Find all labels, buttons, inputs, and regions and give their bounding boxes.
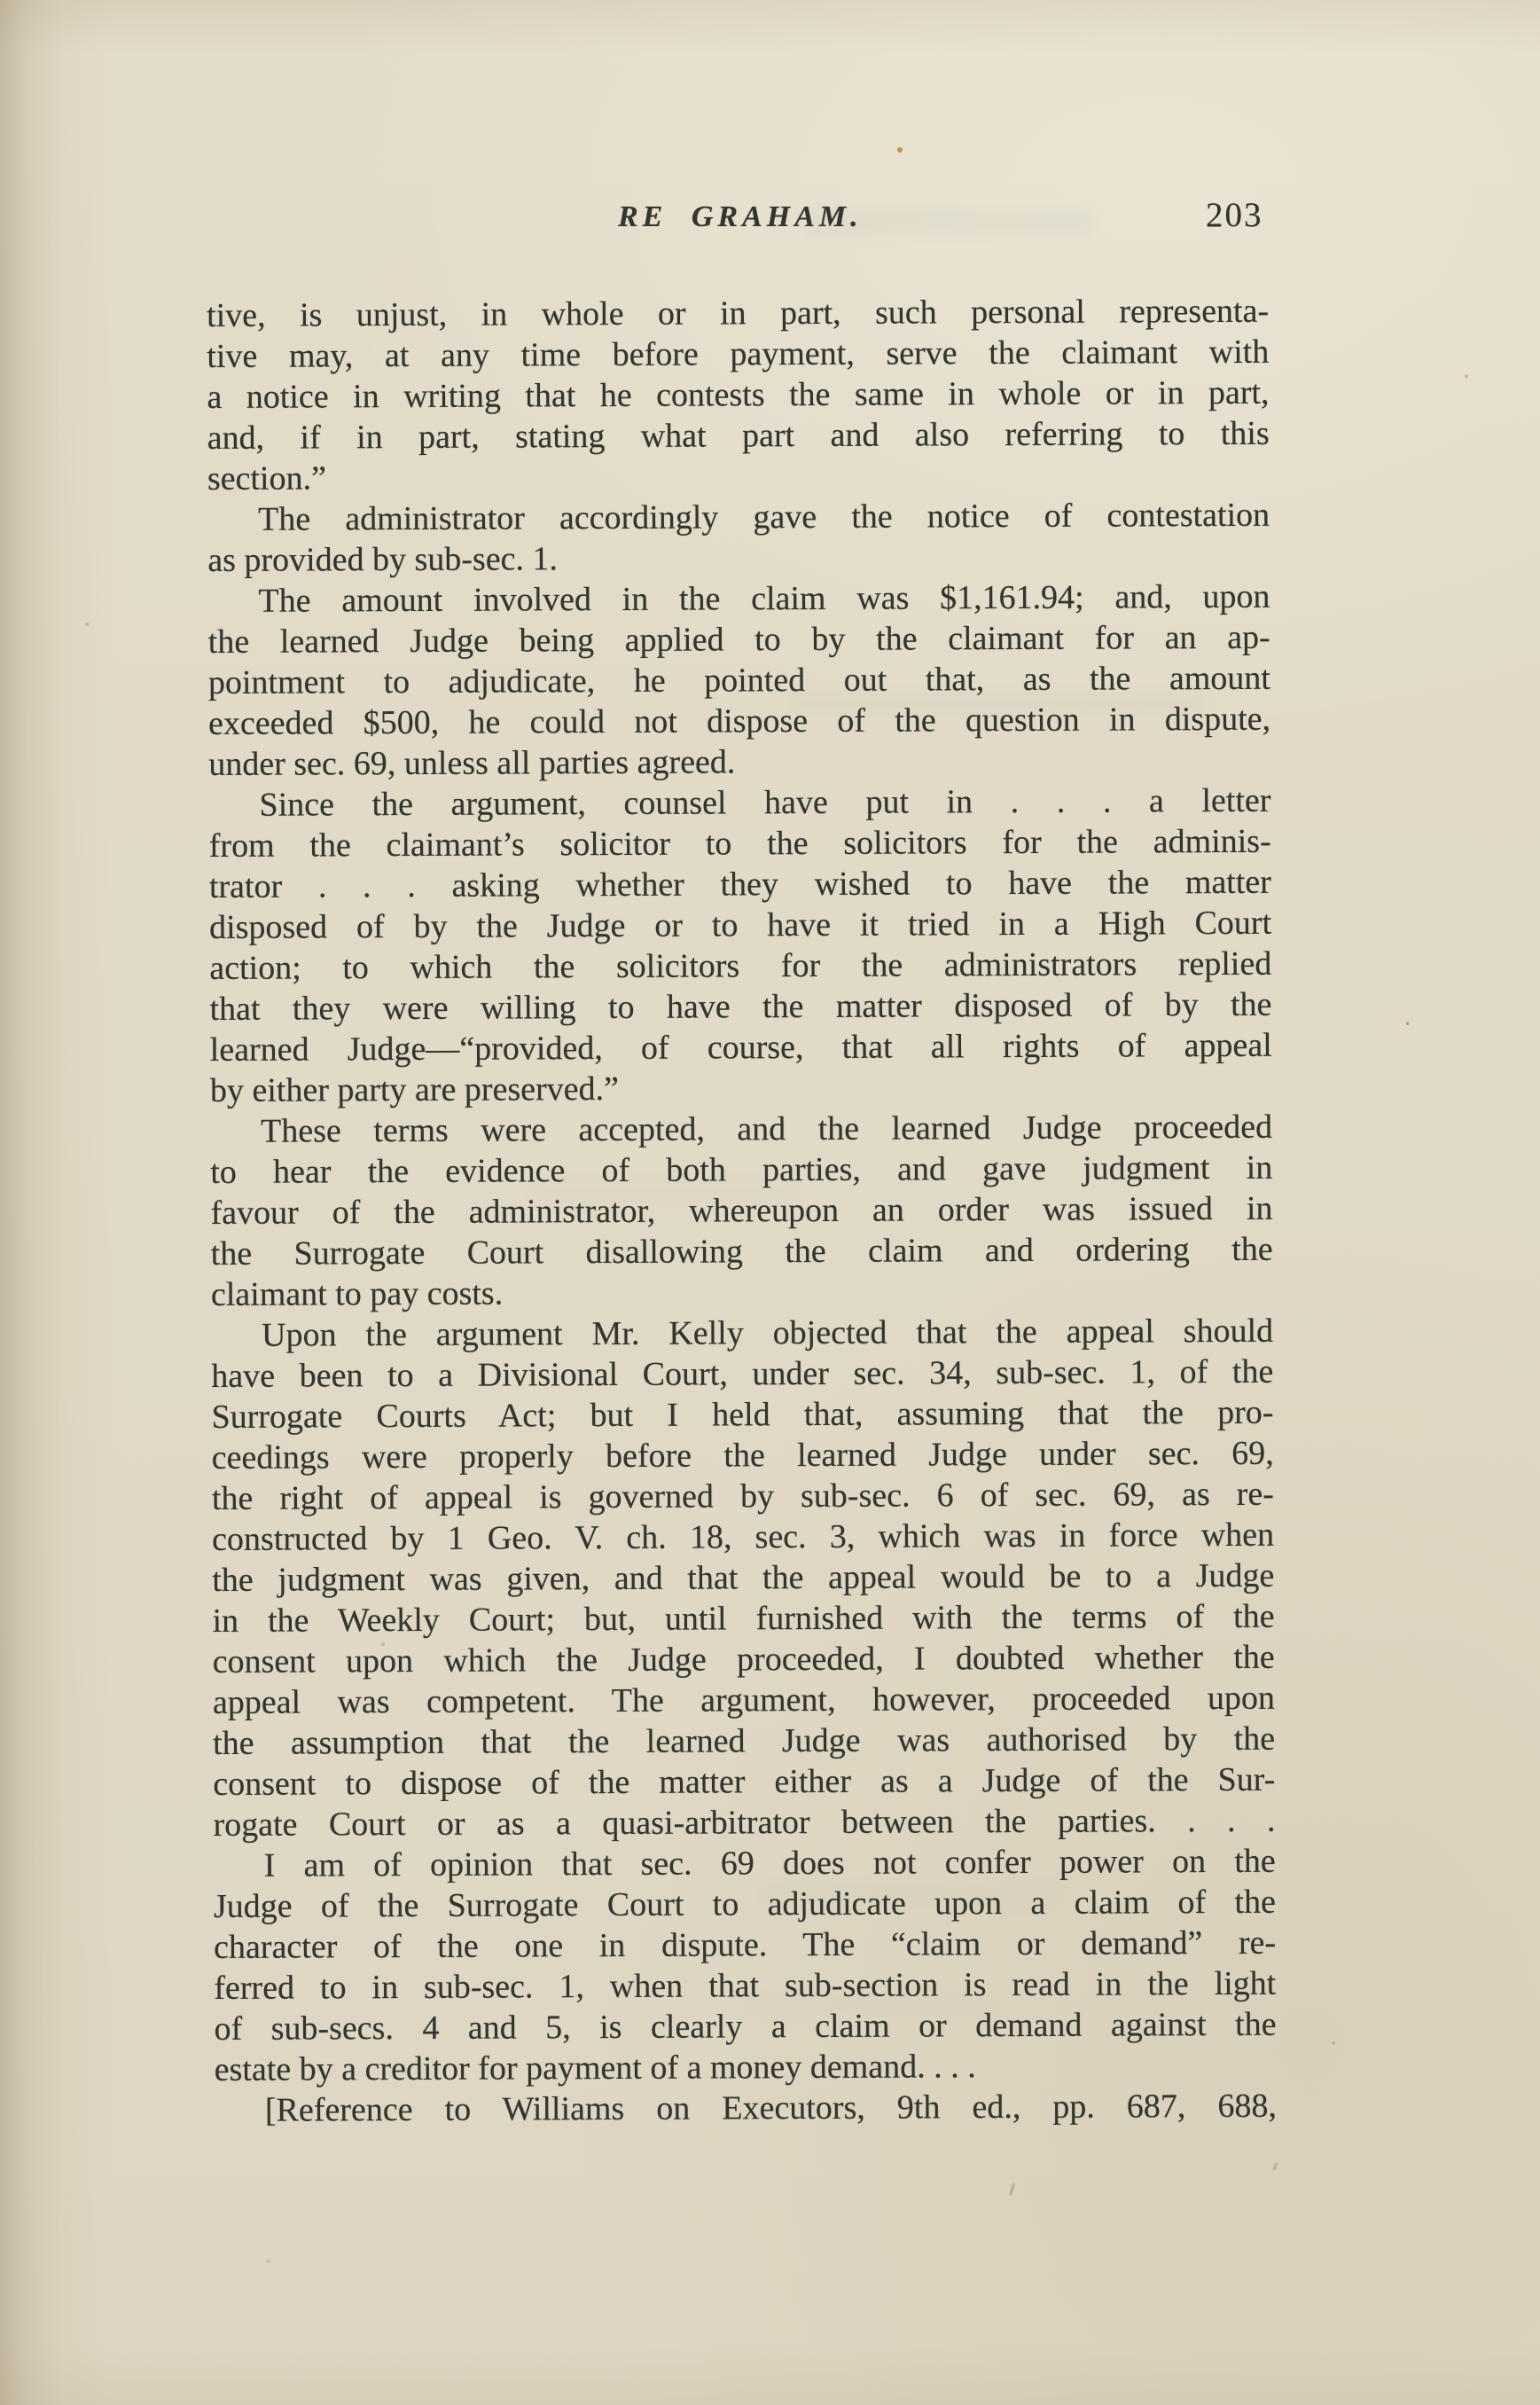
text-line: ceedings were properly before the learne… — [212, 1433, 1274, 1478]
text-line: Surrogate Courts Act; but I held that, a… — [211, 1392, 1273, 1438]
text-line: [Reference to Williams on Executors, 9th… — [215, 2086, 1277, 2131]
text-line: consent to dispose of the matter either … — [213, 1759, 1275, 1805]
text-line: The administrator accordingly gave the n… — [207, 495, 1270, 540]
paragraph: These terms were accepted, and the learn… — [210, 1107, 1273, 1315]
text-line: These terms were accepted, and the learn… — [210, 1107, 1272, 1152]
text-line: character of the one in dispute. The “cl… — [214, 1923, 1276, 1968]
running-header: RE GRAHAM. — [618, 200, 863, 234]
text-line: the judgment was given, and that the app… — [212, 1555, 1274, 1601]
paper-speck — [85, 623, 89, 626]
text-line: appeal was competent. The argument, howe… — [213, 1678, 1275, 1723]
text-line: that they were willing to have the matte… — [209, 984, 1271, 1030]
text-line: a notice in writing that he contests the… — [207, 372, 1269, 418]
text-line: to hear the evidence of both parties, an… — [210, 1148, 1272, 1193]
paper-fiber — [1272, 2162, 1278, 2171]
text-line: learned Judge—“provided, of course, that… — [210, 1025, 1272, 1070]
text-line: tive may, at any time before payment, se… — [207, 332, 1269, 377]
text-line: and, if in part, stating what part and a… — [207, 413, 1270, 458]
text-line: section.” — [207, 454, 1270, 499]
text-line: the learned Judge being applied to by th… — [208, 617, 1270, 662]
text-line: the right of appeal is governed by sub-s… — [212, 1474, 1274, 1519]
text-line: the Surrogate Court disallowing the clai… — [211, 1229, 1273, 1274]
text-line: constructed by 1 Geo. V. ch. 18, sec. 3,… — [212, 1515, 1274, 1560]
text-line: ferred to in sub-sec. 1, when that sub-s… — [214, 1963, 1276, 2009]
paragraph: The amount involved in the claim was $1,… — [207, 576, 1270, 785]
paragraph: tive, is unjust, in whole or in part, su… — [207, 291, 1270, 499]
paper-speck — [266, 2260, 270, 2263]
text-line: trator . . . asking whether they wished … — [209, 862, 1271, 907]
text-line: disposed of by the Judge or to have it t… — [209, 903, 1271, 948]
paper-speck — [1406, 1022, 1409, 1025]
paper-speck — [897, 147, 903, 153]
text-line: by either party are preserved.” — [210, 1066, 1272, 1111]
text-line: favour of the administrator, whereupon a… — [210, 1188, 1272, 1234]
text-line: exceeded $500, he could not dispose of t… — [208, 699, 1270, 744]
page-number: 203 — [1206, 195, 1263, 235]
text-line: action; to which the solicitors for the … — [209, 944, 1271, 989]
text-line: pointment to adjudicate, he pointed out … — [208, 658, 1270, 703]
text-line: rogate Court or as a quasi-arbitrator be… — [213, 1800, 1275, 1845]
paragraph: Since the argument, counsel have put in … — [208, 780, 1272, 1111]
paper-speck — [1332, 2041, 1335, 2045]
paragraph: The administrator accordingly gave the n… — [207, 495, 1270, 581]
text-line: under sec. 69, unless all parties agreed… — [208, 740, 1270, 785]
text-line: tive, is unjust, in whole or in part, su… — [207, 291, 1269, 336]
text-line: have been to a Divisional Court, under s… — [211, 1351, 1273, 1397]
text-line: estate by a creditor for payment of a mo… — [215, 2045, 1277, 2090]
body-text: tive, is unjust, in whole or in part, su… — [207, 291, 1277, 2131]
text-line: Upon the argument Mr. Kelly objected tha… — [211, 1311, 1273, 1356]
text-line: Since the argument, counsel have put in … — [208, 780, 1270, 826]
text-line: consent upon which the Judge proceeded, … — [213, 1637, 1275, 1682]
text-line: claimant to pay costs. — [211, 1270, 1273, 1315]
paragraph: Upon the argument Mr. Kelly objected tha… — [211, 1311, 1276, 1845]
paper-speck — [1465, 374, 1468, 379]
text-line: I am of opinion that sec. 69 does not co… — [214, 1841, 1276, 1886]
text-line: as provided by sub-sec. 1. — [207, 536, 1270, 581]
text-line: Judge of the Surrogate Court to adjudica… — [214, 1882, 1276, 1927]
paragraph: [Reference to Williams on Executors, 9th… — [215, 2086, 1277, 2131]
paper-fiber — [1009, 2183, 1015, 2196]
page-scan: RE GRAHAM. 203 tive, is unjust, in whole… — [0, 0, 1540, 2405]
text-line: the assumption that the learned Judge wa… — [213, 1719, 1275, 1764]
text-line: of sub-secs. 4 and 5, is clearly a claim… — [214, 2004, 1276, 2049]
text-line: from the claimant’s solicitor to the sol… — [209, 821, 1271, 866]
paragraph: I am of opinion that sec. 69 does not co… — [214, 1841, 1277, 2090]
text-line: The amount involved in the claim was $1,… — [207, 576, 1270, 622]
text-line: in the Weekly Court; but, until furnishe… — [212, 1596, 1274, 1641]
